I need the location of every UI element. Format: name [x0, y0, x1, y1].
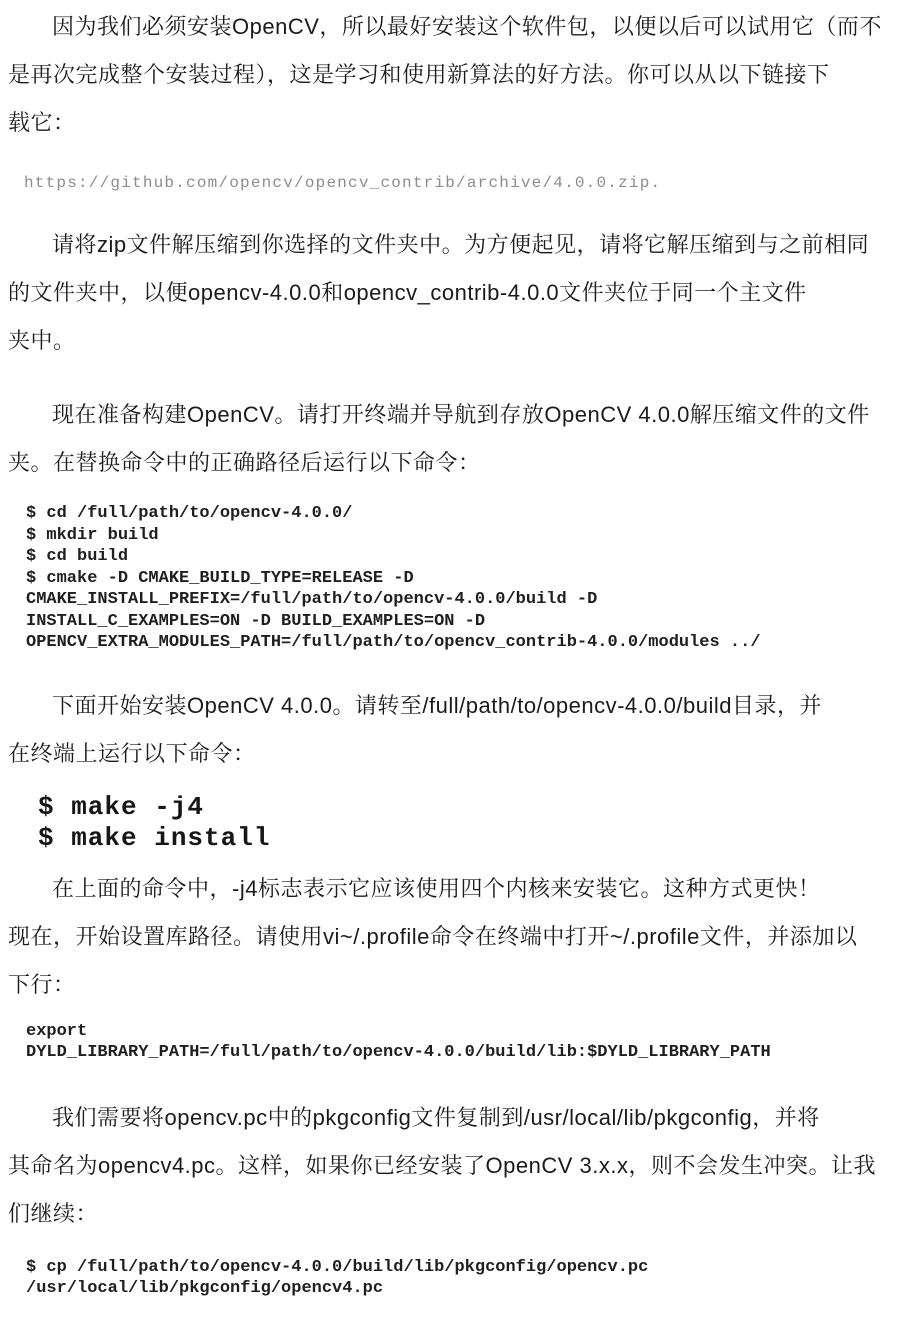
paragraph-intro: 因为我们必须安装OpenCV，所以最好安装这个软件包，以便以后可以试用它（而不 … — [8, 3, 898, 147]
paragraph-pkgconfig: 我们需要将opencv.pc中的pkgconfig文件复制到/usr/local… — [8, 1094, 898, 1238]
code-copy-pc-block: $ cp /full/path/to/opencv-4.0.0/build/li… — [26, 1257, 898, 1300]
paragraph-install-intro: 下面开始安装OpenCV 4.0.0。请转至/full/path/to/open… — [8, 682, 898, 778]
code-make-block: $ make -j4 $ make install — [38, 792, 898, 854]
document-page: 因为我们必须安装OpenCV，所以最好安装这个软件包，以便以后可以试用它（而不 … — [0, 3, 906, 1300]
document-body: { "page": { "type": "book-page-scan", "l… — [0, 0, 906, 1318]
paragraph-library-path: 在上面的命令中，-j4标志表示它应该使用四个内核来安装它。这种方式更快！ 现在，… — [8, 865, 898, 1009]
code-export-block: export DYLD_LIBRARY_PATH=/full/path/to/o… — [26, 1021, 898, 1064]
paragraph-unzip: 请将zip文件解压缩到你选择的文件夹中。为方便起见，请将它解压缩到与之前相同 的… — [8, 221, 898, 365]
code-cmake-block: $ cd /full/path/to/opencv-4.0.0/ $ mkdir… — [26, 503, 898, 654]
code-download-url: https://github.com/opencv/opencv_contrib… — [24, 171, 898, 195]
paragraph-build-intro: 现在准备构建OpenCV。请打开终端并导航到存放OpenCV 4.0.0解压缩文… — [8, 391, 898, 487]
